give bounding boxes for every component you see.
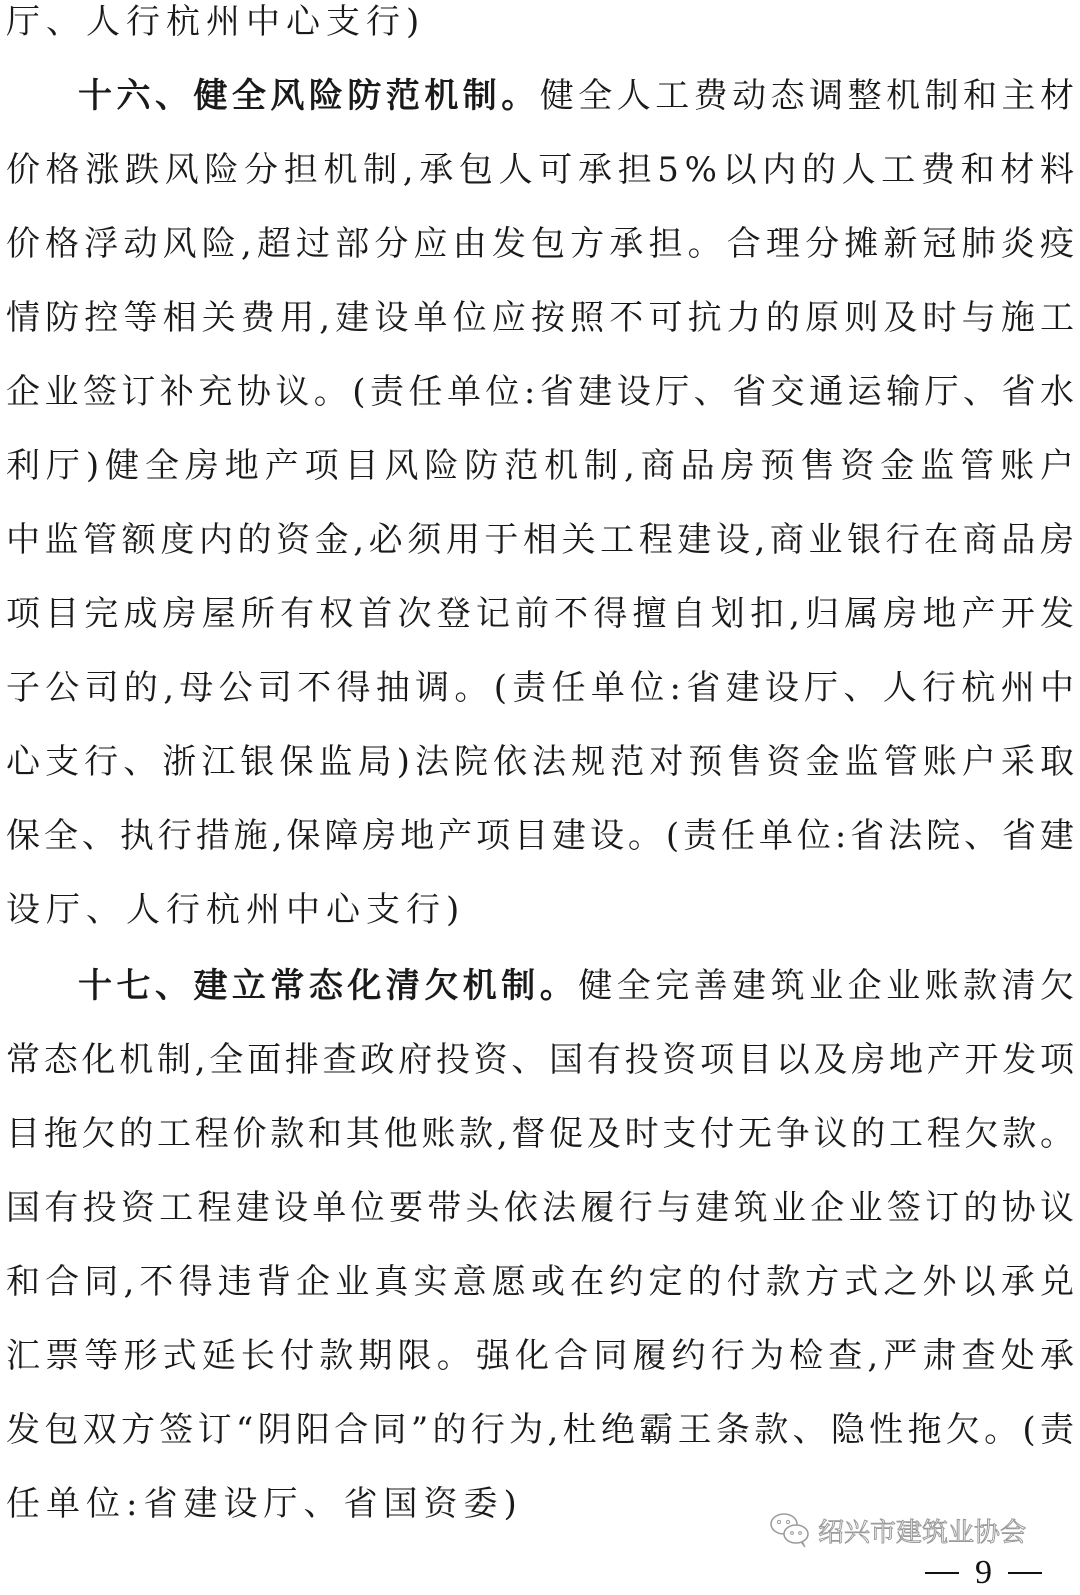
watermark: 绍兴市建筑业协会	[768, 1510, 1026, 1550]
page-number-value: 9	[975, 1554, 992, 1592]
text-line: 发包双方签订“阴阳合同”的行为,杜绝霸王条款、隐性拖欠。(责	[6, 1410, 1074, 1450]
page-number: 9	[925, 1553, 1042, 1593]
line-text: 利厅)健全房地产项目风险防范机制,商品房预售资金监管账户	[6, 446, 1074, 486]
line-text: 中监管额度内的资金,必须用于相关工程建设,商业银行在商品房	[6, 520, 1074, 560]
text-line: 十七、建立常态化清欠机制。健全完善建筑业企业账款清欠	[78, 966, 1074, 1006]
text-line: 保全、执行措施,保障房地产项目建设。(责任单位:省法院、省建	[6, 816, 1074, 856]
line-text: 企业签订补充协议。(责任单位:省建设厅、省交通运输厅、省水	[6, 372, 1074, 412]
wechat-icon	[768, 1510, 812, 1550]
text-line: 常态化机制,全面排查政府投资、国有投资项目以及房地产开发项	[6, 1040, 1074, 1080]
line-text: 价格涨跌风险分担机制,承包人可承担5%以内的人工费和材料	[6, 150, 1074, 190]
section-heading: 十七、建立常态化清欠机制。	[78, 966, 578, 1006]
text-line: 国有投资工程建设单位要带头依法履行与建筑业企业签订的协议	[6, 1188, 1074, 1228]
line-text: 发包双方签订“阴阳合同”的行为,杜绝霸王条款、隐性拖欠。(责	[6, 1410, 1074, 1450]
text-line: 目拖欠的工程价款和其他账款,督促及时支付无争议的工程欠款。	[6, 1114, 1074, 1154]
text-line: 企业签订补充协议。(责任单位:省建设厅、省交通运输厅、省水	[6, 372, 1074, 412]
text-line: 利厅)健全房地产项目风险防范机制,商品房预售资金监管账户	[6, 446, 1074, 486]
line-text: 常态化机制,全面排查政府投资、国有投资项目以及房地产开发项	[6, 1040, 1074, 1080]
text-line: 价格浮动风险,超过部分应由发包方承担。合理分摊新冠肺炎疫	[6, 224, 1074, 264]
line-text: 汇票等形式延长付款期限。强化合同履约行为检查,严肃查处承	[6, 1336, 1074, 1376]
text-line: 厅、人行杭州中心支行)	[6, 2, 1074, 42]
text-line: 情防控等相关费用,建设单位应按照不可抗力的原则及时与施工	[6, 298, 1074, 338]
section-heading: 十六、健全风险防范机制。	[78, 76, 540, 116]
text-line: 汇票等形式延长付款期限。强化合同履约行为检查,严肃查处承	[6, 1336, 1074, 1376]
line-text: 目拖欠的工程价款和其他账款,督促及时支付无争议的工程欠款。	[6, 1114, 1074, 1154]
line-text: 和合同,不得违背企业真实意愿或在约定的付款方式之外以承兑	[6, 1262, 1074, 1302]
line-text: 子公司的,母公司不得抽调。(责任单位:省建设厅、人行杭州中	[6, 668, 1074, 708]
dash-left	[925, 1572, 959, 1574]
line-text: 健全完善建筑业企业账款清欠	[578, 966, 1074, 1006]
document-page: 厅、人行杭州中心支行)十六、健全风险防范机制。健全人工费动态调整机制和主材价格涨…	[0, 0, 1080, 1595]
line-text: 厅、人行杭州中心支行)	[6, 2, 425, 42]
text-line: 子公司的,母公司不得抽调。(责任单位:省建设厅、人行杭州中	[6, 668, 1074, 708]
line-text: 情防控等相关费用,建设单位应按照不可抗力的原则及时与施工	[6, 298, 1074, 338]
line-text: 保全、执行措施,保障房地产项目建设。(责任单位:省法院、省建	[6, 816, 1074, 856]
line-text: 心支行、浙江银保监局)法院依法规范对预售资金监管账户采取	[6, 742, 1074, 782]
line-text: 项目完成房屋所有权首次登记前不得擅自划扣,归属房地产开发	[6, 594, 1074, 634]
text-line: 中监管额度内的资金,必须用于相关工程建设,商业银行在商品房	[6, 520, 1074, 560]
watermark-text: 绍兴市建筑业协会	[818, 1512, 1026, 1549]
dash-right	[1008, 1572, 1042, 1574]
text-line: 十六、健全风险防范机制。健全人工费动态调整机制和主材	[78, 76, 1074, 116]
text-line: 项目完成房屋所有权首次登记前不得擅自划扣,归属房地产开发	[6, 594, 1074, 634]
text-line: 心支行、浙江银保监局)法院依法规范对预售资金监管账户采取	[6, 742, 1074, 782]
line-text: 价格浮动风险,超过部分应由发包方承担。合理分摊新冠肺炎疫	[6, 224, 1074, 264]
text-line: 设厅、人行杭州中心支行)	[6, 890, 1074, 930]
line-text: 设厅、人行杭州中心支行)	[6, 890, 465, 930]
text-line: 价格涨跌风险分担机制,承包人可承担5%以内的人工费和材料	[6, 150, 1074, 190]
line-text: 任单位:省建设厅、省国资委)	[6, 1484, 523, 1524]
line-text: 国有投资工程建设单位要带头依法履行与建筑业企业签订的协议	[6, 1188, 1074, 1228]
text-line: 和合同,不得违背企业真实意愿或在约定的付款方式之外以承兑	[6, 1262, 1074, 1302]
line-text: 健全人工费动态调整机制和主材	[540, 76, 1074, 116]
